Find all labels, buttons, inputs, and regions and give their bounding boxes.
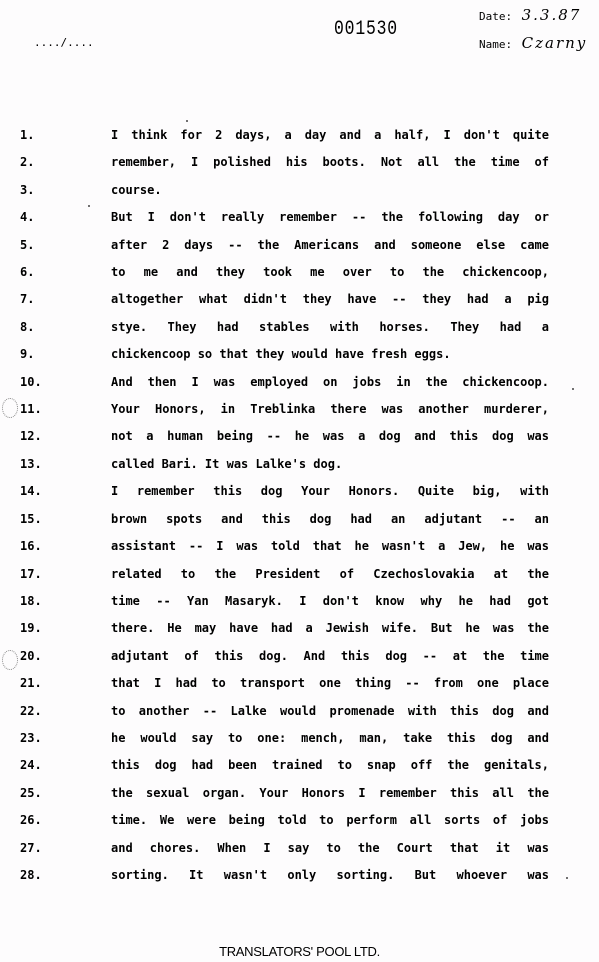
footer-publisher: TRANSLATORS' POOL LTD. xyxy=(0,944,599,959)
scan-speck xyxy=(88,205,90,207)
line-text: Your Honors, in Treblinka there was anot… xyxy=(111,402,549,416)
line-text: assistant -- I was told that he wasn't a… xyxy=(111,539,549,553)
line-number: 18. xyxy=(20,594,42,608)
transcript-line: 16.assistant -- I was told that he wasn'… xyxy=(0,536,599,563)
line-number: 25. xyxy=(20,786,42,800)
line-text: And then I was employed on jobs in the c… xyxy=(111,375,549,389)
line-number: 3. xyxy=(20,183,34,197)
line-number: 15. xyxy=(20,512,42,526)
transcript-line: 5.after 2 days -- the Americans and some… xyxy=(0,235,599,262)
scan-speck xyxy=(186,120,188,122)
transcript-line: 7.altogether what didn't they have -- th… xyxy=(0,289,599,316)
transcript-line: 23.he would say to one: mench, man, take… xyxy=(0,728,599,755)
line-number: 27. xyxy=(20,841,42,855)
line-number: 17. xyxy=(20,567,42,581)
transcript-line: 1.I think for 2 days, a day and a half, … xyxy=(0,125,599,152)
name-field: Name: Czarny xyxy=(479,34,587,52)
date-label: Date: xyxy=(479,10,515,23)
transcript-line: 13.called Bari. It was Lalke's dog. xyxy=(0,454,599,481)
line-number: 28. xyxy=(20,868,42,882)
line-number: 23. xyxy=(20,731,42,745)
line-number: 13. xyxy=(20,457,42,471)
line-number: 11. xyxy=(20,402,42,416)
line-number: 5. xyxy=(20,238,34,252)
page-reference: ..../.... xyxy=(34,36,94,49)
line-number: 21. xyxy=(20,676,42,690)
line-text: I think for 2 days, a day and a half, I … xyxy=(111,128,549,142)
line-text: there. He may have had a Jewish wife. Bu… xyxy=(111,621,549,635)
transcript-line: 8.stye. They had stables with horses. Th… xyxy=(0,317,599,344)
date-value: 3.3.87 xyxy=(522,6,582,24)
line-number: 19. xyxy=(20,621,42,635)
line-number: 6. xyxy=(20,265,34,279)
line-text: that I had to transport one thing -- fro… xyxy=(111,676,549,690)
line-text: stye. They had stables with horses. They… xyxy=(111,320,549,334)
line-number: 24. xyxy=(20,758,42,772)
line-text: the sexual organ. Your Honors I remember… xyxy=(111,786,549,800)
transcript-line: 17.related to the President of Czechoslo… xyxy=(0,564,599,591)
punch-hole-mark xyxy=(2,650,18,670)
name-value: Czarny xyxy=(522,34,588,52)
document-number: 001530 xyxy=(334,18,398,41)
line-text: altogether what didn't they have -- they… xyxy=(111,292,549,306)
transcript-body: 1.I think for 2 days, a day and a half, … xyxy=(0,125,599,892)
line-text: sorting. It wasn't only sorting. But who… xyxy=(111,868,549,882)
line-text: chickencoop so that they would have fres… xyxy=(111,347,549,361)
scan-speck xyxy=(566,877,568,879)
transcript-line: 2.remember, I polished his boots. Not al… xyxy=(0,152,599,179)
line-text: to me and they took me over to the chick… xyxy=(111,265,549,279)
line-number: 12. xyxy=(20,429,42,443)
line-text: to another -- Lalke would promenade with… xyxy=(111,704,549,718)
line-number: 20. xyxy=(20,649,42,663)
scan-speck xyxy=(572,388,574,390)
transcript-line: 4.But I don't really remember -- the fol… xyxy=(0,207,599,234)
line-text: course. xyxy=(111,183,549,197)
transcript-line: 9.chickencoop so that they would have fr… xyxy=(0,344,599,371)
line-text: not a human being -- he was a dog and th… xyxy=(111,429,549,443)
transcript-line: 25.the sexual organ. Your Honors I remem… xyxy=(0,783,599,810)
line-number: 22. xyxy=(20,704,42,718)
line-text: brown spots and this dog had an adjutant… xyxy=(111,512,549,526)
line-text: related to the President of Czechoslovak… xyxy=(111,567,549,581)
line-text: this dog had been trained to snap off th… xyxy=(111,758,549,772)
transcript-line: 18.time -- Yan Masaryk. I don't know why… xyxy=(0,591,599,618)
transcript-line: 15.brown spots and this dog had an adjut… xyxy=(0,509,599,536)
line-number: 2. xyxy=(20,155,34,169)
transcript-line: 14.I remember this dog Your Honors. Quit… xyxy=(0,481,599,508)
line-number: 10. xyxy=(20,375,42,389)
transcript-line: 26.time. We were being told to perform a… xyxy=(0,810,599,837)
date-field: Date: 3.3.87 xyxy=(479,6,581,24)
line-text: and chores. When I say to the Court that… xyxy=(111,841,549,855)
transcript-line: 24.this dog had been trained to snap off… xyxy=(0,755,599,782)
line-number: 14. xyxy=(20,484,42,498)
line-number: 16. xyxy=(20,539,42,553)
line-text: adjutant of this dog. And this dog -- at… xyxy=(111,649,549,663)
line-number: 1. xyxy=(20,128,34,142)
line-number: 26. xyxy=(20,813,42,827)
line-text: But I don't really remember -- the follo… xyxy=(111,210,549,224)
transcript-line: 28.sorting. It wasn't only sorting. But … xyxy=(0,865,599,892)
punch-hole-mark xyxy=(2,398,18,418)
transcript-line: 11.Your Honors, in Treblinka there was a… xyxy=(0,399,599,426)
transcript-line: 20.adjutant of this dog. And this dog --… xyxy=(0,646,599,673)
line-text: remember, I polished his boots. Not all … xyxy=(111,155,549,169)
line-number: 4. xyxy=(20,210,34,224)
transcript-line: 10.And then I was employed on jobs in th… xyxy=(0,372,599,399)
line-text: called Bari. It was Lalke's dog. xyxy=(111,457,549,471)
line-text: I remember this dog Your Honors. Quite b… xyxy=(111,484,549,498)
transcript-line: 12.not a human being -- he was a dog and… xyxy=(0,426,599,453)
line-number: 7. xyxy=(20,292,34,306)
name-label: Name: xyxy=(479,38,515,51)
transcript-line: 21.that I had to transport one thing -- … xyxy=(0,673,599,700)
line-number: 8. xyxy=(20,320,34,334)
transcript-line: 27.and chores. When I say to the Court t… xyxy=(0,838,599,865)
line-text: he would say to one: mench, man, take th… xyxy=(111,731,549,745)
transcript-line: 22.to another -- Lalke would promenade w… xyxy=(0,701,599,728)
transcript-line: 3.course. xyxy=(0,180,599,207)
line-number: 9. xyxy=(20,347,34,361)
line-text: time -- Yan Masaryk. I don't know why he… xyxy=(111,594,549,608)
transcript-line: 19.there. He may have had a Jewish wife.… xyxy=(0,618,599,645)
line-text: after 2 days -- the Americans and someon… xyxy=(111,238,549,252)
line-text: time. We were being told to perform all … xyxy=(111,813,549,827)
transcript-line: 6.to me and they took me over to the chi… xyxy=(0,262,599,289)
